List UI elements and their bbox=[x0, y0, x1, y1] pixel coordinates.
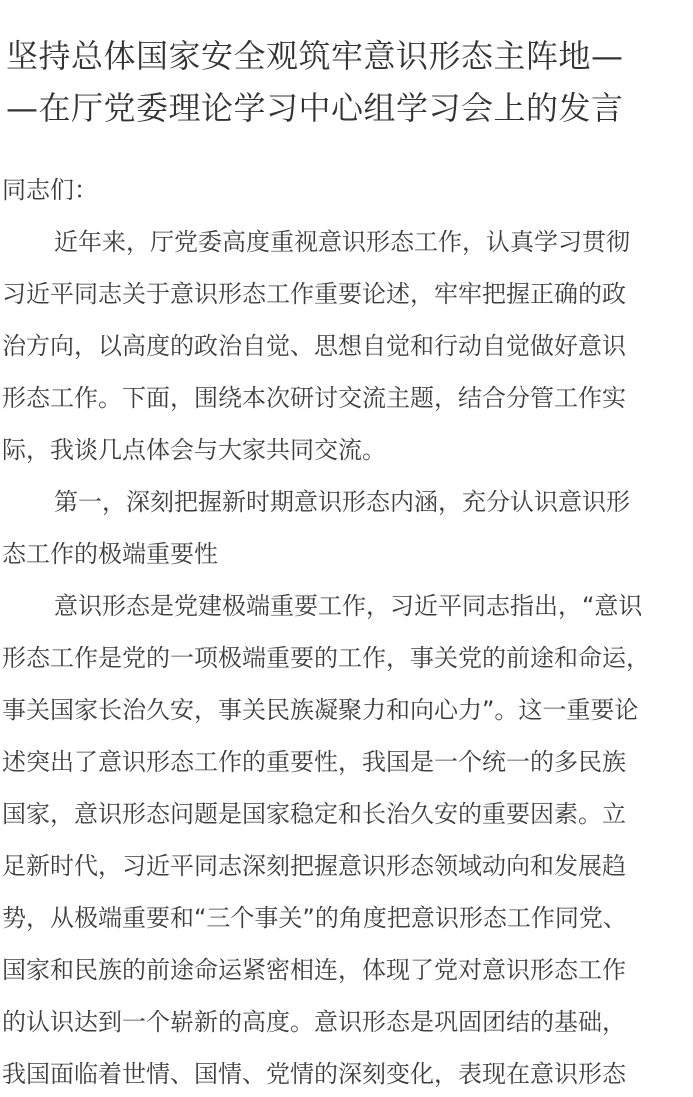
salutation: 同志们： bbox=[2, 164, 691, 216]
paragraph-line: 国家和民族的前途命运紧密相连，体现了党对意识形态工作 bbox=[2, 944, 691, 996]
title-line-2: —在厅党委理论学习中心组学习会上的发言 bbox=[6, 82, 693, 134]
heading-line: 第一，深刻把握新时期意识形态内涵，充分认识意识形 bbox=[2, 476, 691, 528]
paragraph-line: 形态工作是党的一项极端重要的工作，事关党的前途和命运， bbox=[2, 632, 691, 684]
paragraph-line: 治方向，以高度的政治自觉、思想自觉和行动自觉做好意识 bbox=[2, 320, 691, 372]
document-page: 坚持总体国家安全观筑牢意识形态主阵地— —在厅党委理论学习中心组学习会上的发言 … bbox=[0, 0, 693, 1097]
paragraph-line: 意识形态是党建极端重要工作，习近平同志指出，“意识 bbox=[2, 580, 691, 632]
paragraph-intro: 近年来，厅党委高度重视意识形态工作，认真学习贯彻 习近平同志关于意识形态工作重要… bbox=[2, 216, 691, 476]
title-line-1: 坚持总体国家安全观筑牢意识形态主阵地— bbox=[6, 30, 693, 82]
paragraph-line: 近年来，厅党委高度重视意识形态工作，认真学习贯彻 bbox=[2, 216, 691, 268]
paragraph-line: 势，从极端重要和“三个事关”的角度把意识形态工作同党、 bbox=[2, 892, 691, 944]
paragraph-line: 事关国家长治久安，事关民族凝聚力和向心力”。这一重要论 bbox=[2, 684, 691, 736]
paragraph-line: 习近平同志关于意识形态工作重要论述，牢牢把握正确的政 bbox=[2, 268, 691, 320]
heading-line: 态工作的极端重要性 bbox=[2, 528, 691, 580]
paragraph-line: 我国面临着世情、国情、党情的深刻变化，表现在意识形态 bbox=[2, 1048, 691, 1097]
document-title: 坚持总体国家安全观筑牢意识形态主阵地— —在厅党委理论学习中心组学习会上的发言 bbox=[0, 0, 693, 134]
paragraph-line: 际，我谈几点体会与大家共同交流。 bbox=[2, 424, 691, 476]
paragraph-section-1: 意识形态是党建极端重要工作，习近平同志指出，“意识 形态工作是党的一项极端重要的… bbox=[2, 580, 691, 1097]
salutation-text: 同志们： bbox=[2, 164, 691, 216]
section-heading-1: 第一，深刻把握新时期意识形态内涵，充分认识意识形 态工作的极端重要性 bbox=[2, 476, 691, 580]
paragraph-line: 的认识达到一个崭新的高度。意识形态是巩固团结的基础， bbox=[2, 996, 691, 1048]
document-body: 同志们： 近年来，厅党委高度重视意识形态工作，认真学习贯彻 习近平同志关于意识形… bbox=[0, 164, 693, 1097]
paragraph-line: 述突出了意识形态工作的重要性，我国是一个统一的多民族 bbox=[2, 736, 691, 788]
paragraph-line: 国家，意识形态问题是国家稳定和长治久安的重要因素。立 bbox=[2, 788, 691, 840]
paragraph-line: 形态工作。下面，围绕本次研讨交流主题，结合分管工作实 bbox=[2, 372, 691, 424]
paragraph-line: 足新时代，习近平同志深刻把握意识形态领域动向和发展趋 bbox=[2, 840, 691, 892]
